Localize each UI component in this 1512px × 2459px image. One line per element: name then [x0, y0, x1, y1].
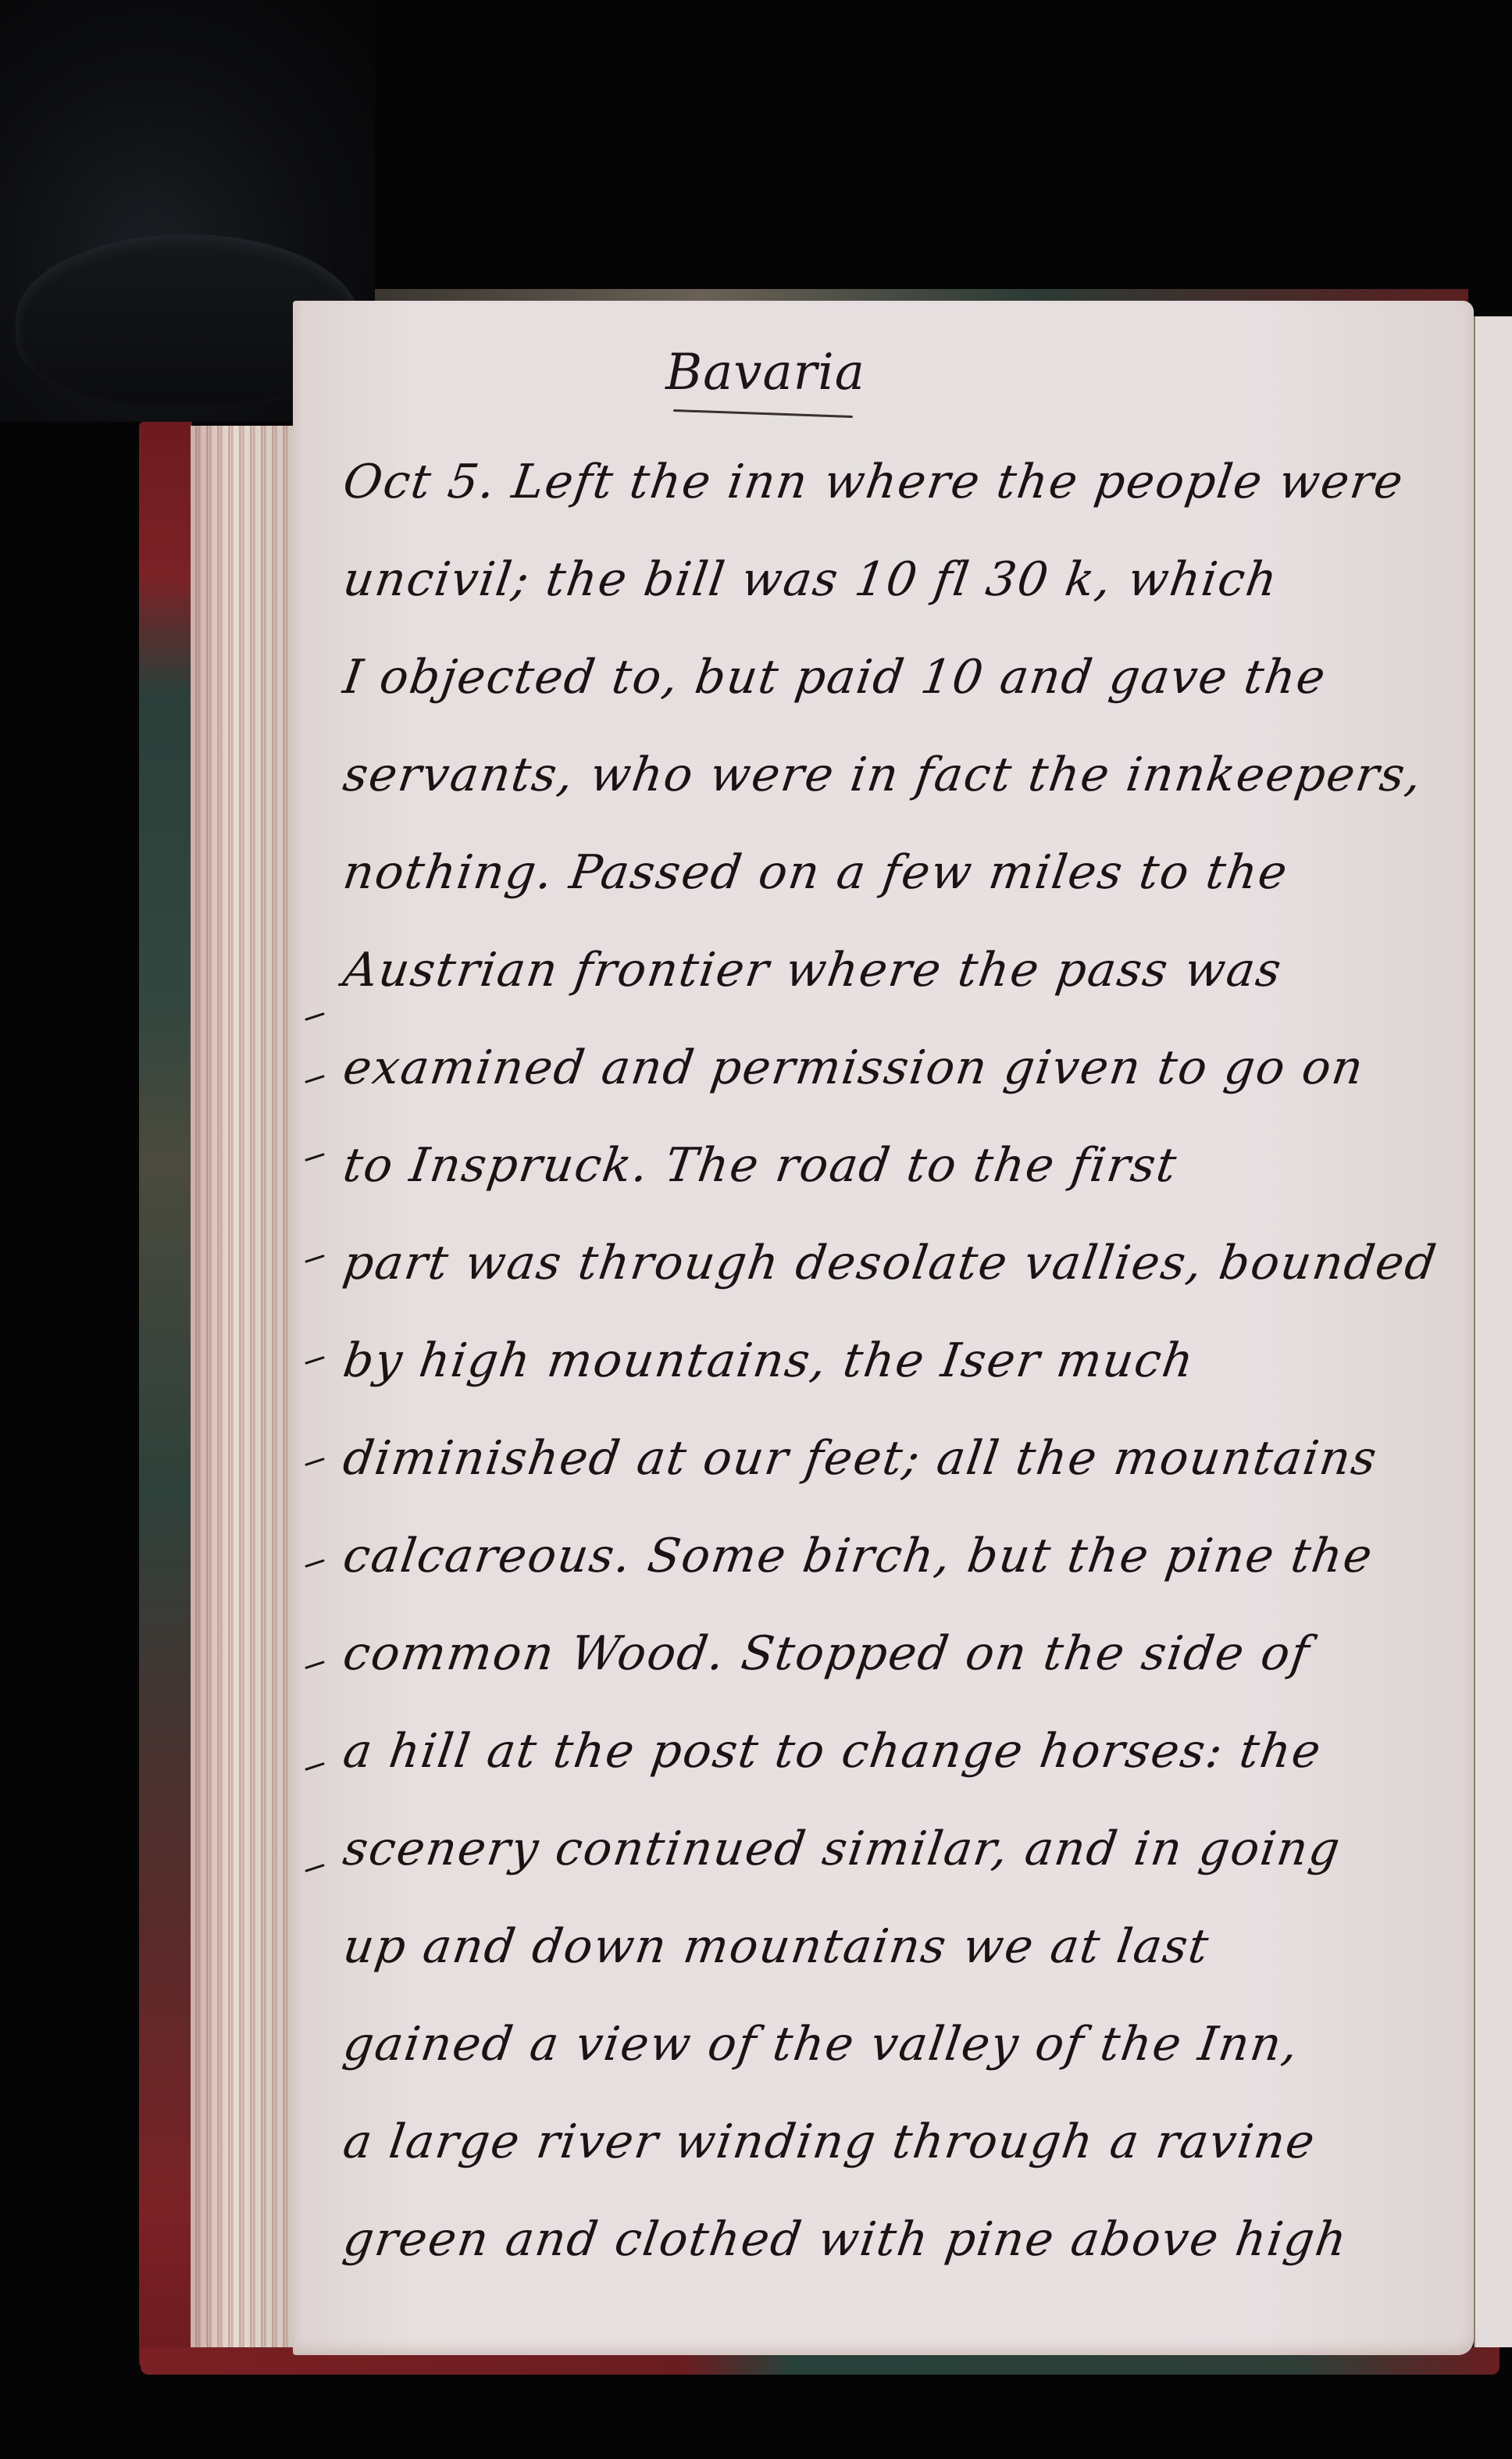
- text-line: common Wood. Stopped on the side of: [337, 1605, 1460, 1703]
- text-line: up and down mountains we at last: [337, 1898, 1460, 1996]
- text-line: diminished at our feet; all the mountain…: [337, 1410, 1460, 1508]
- text-line: calcareous. Some birch, but the pine the: [337, 1508, 1460, 1605]
- text-line: Austrian frontier where the pass was: [337, 922, 1460, 1019]
- text-line: part was through desolate vallies, bound…: [337, 1215, 1460, 1312]
- text-line: to Inspruck. The road to the first: [337, 1117, 1460, 1215]
- text-line: Oct 5. Left the inn where the people wer…: [337, 434, 1460, 531]
- text-line: a hill at the post to change horses: the: [337, 1703, 1460, 1801]
- ink-mark: [305, 1254, 325, 1263]
- ink-mark: [305, 1153, 325, 1162]
- next-page-edge: [1474, 316, 1512, 2347]
- ink-mark: [305, 1661, 325, 1669]
- text-line: I objected to, but paid 10 and gave the: [337, 629, 1460, 726]
- text-line: nothing. Passed on a few miles to the: [337, 824, 1460, 922]
- ink-mark: [305, 1762, 325, 1771]
- handwritten-text: Oct 5. Left the inn where the people wer…: [344, 434, 1453, 2289]
- text-line: green and clothed with pine above high: [337, 2191, 1460, 2289]
- underlying-page-ink-marks: [305, 1015, 336, 2187]
- page-edges-shadow: [191, 426, 297, 2355]
- ink-mark: [305, 1356, 325, 1365]
- text-line: a large river winding through a ravine: [337, 2093, 1460, 2191]
- ink-mark: [305, 1075, 325, 1083]
- ink-mark: [305, 1458, 325, 1466]
- text-line: gained a view of the valley of the Inn,: [337, 1996, 1460, 2093]
- marbled-cover: [139, 422, 192, 2367]
- page-heading: Bavaria: [640, 344, 890, 402]
- text-line: by high mountains, the Iser much: [337, 1312, 1460, 1410]
- ink-mark: [305, 1864, 325, 1872]
- text-line: servants, who were in fact the innkeeper…: [337, 726, 1460, 824]
- text-line: examined and permission given to go on: [337, 1019, 1460, 1117]
- text-line: scenery continued similar, and in going: [337, 1801, 1460, 1898]
- text-line: uncivil; the bill was 10 fl 30 k, which: [337, 531, 1460, 629]
- ink-mark: [305, 1559, 325, 1568]
